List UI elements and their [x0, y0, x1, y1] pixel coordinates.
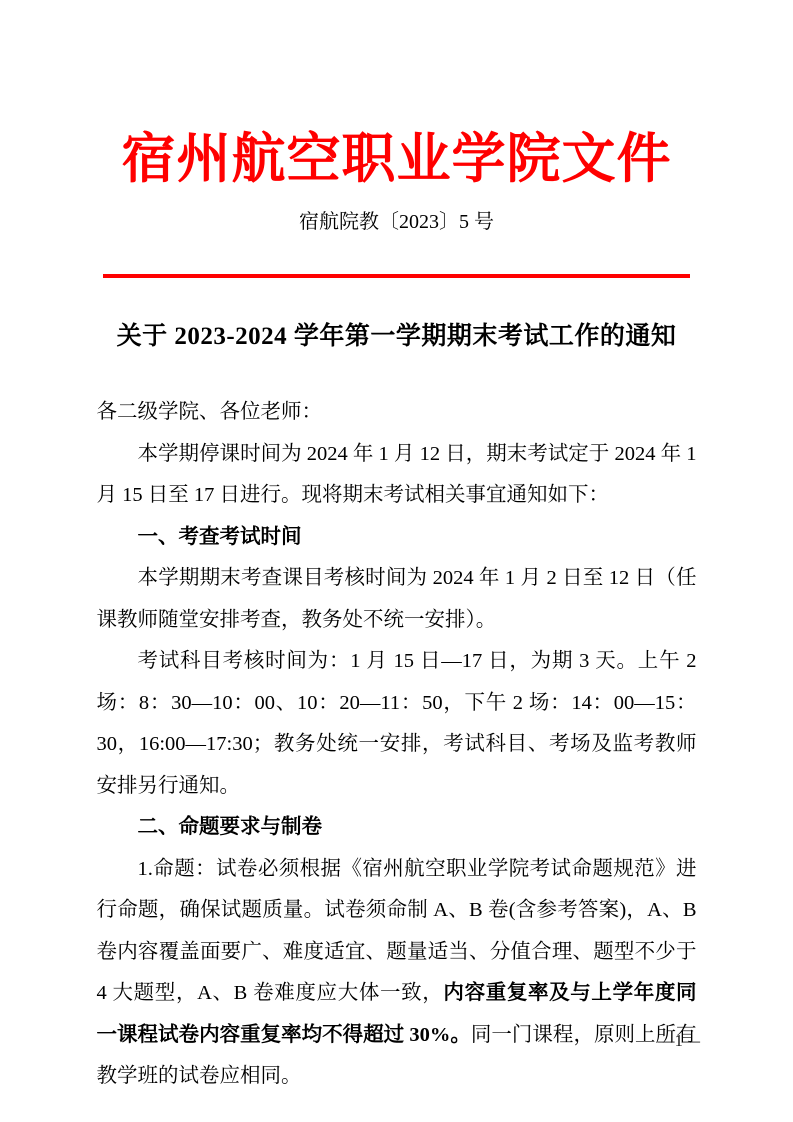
intro-paragraph: 本学期停课时间为 2024 年 1 月 12 日，期末考试定于 2024 年 1…: [97, 434, 697, 517]
document-body: 各二级学院、各位老师： 本学期停课时间为 2024 年 1 月 12 日，期末考…: [97, 392, 697, 1098]
page-number: —1—: [658, 1030, 701, 1052]
document-page: 宿州航空职业学院文件 宿航院教〔2023〕5 号 关于 2023-2024 学年…: [0, 0, 793, 1122]
section1-heading: 一、考查考试时间: [97, 517, 697, 559]
section2-heading: 二、命题要求与制卷: [97, 807, 697, 849]
red-divider-line: [103, 274, 690, 278]
doc-number: 宿航院教〔2023〕5 号: [0, 208, 793, 236]
salutation: 各二级学院、各位老师：: [97, 392, 697, 434]
notice-title: 关于 2023-2024 学年第一学期期末考试工作的通知: [0, 320, 793, 354]
section1-paragraph1: 本学期期末考查课目考核时间为 2024 年 1 月 2 日至 12 日（任课教师…: [97, 558, 697, 641]
letterhead-org-title: 宿州航空职业学院文件: [0, 128, 793, 190]
section1-paragraph2: 考试科目考核时间为：1 月 15 日—17 日，为期 3 天。上午 2 场：8：…: [97, 641, 697, 807]
section2-paragraph1: 1.命题：试卷必须根据《宿州航空职业学院考试命题规范》进行命题，确保试题质量。试…: [97, 849, 697, 1098]
